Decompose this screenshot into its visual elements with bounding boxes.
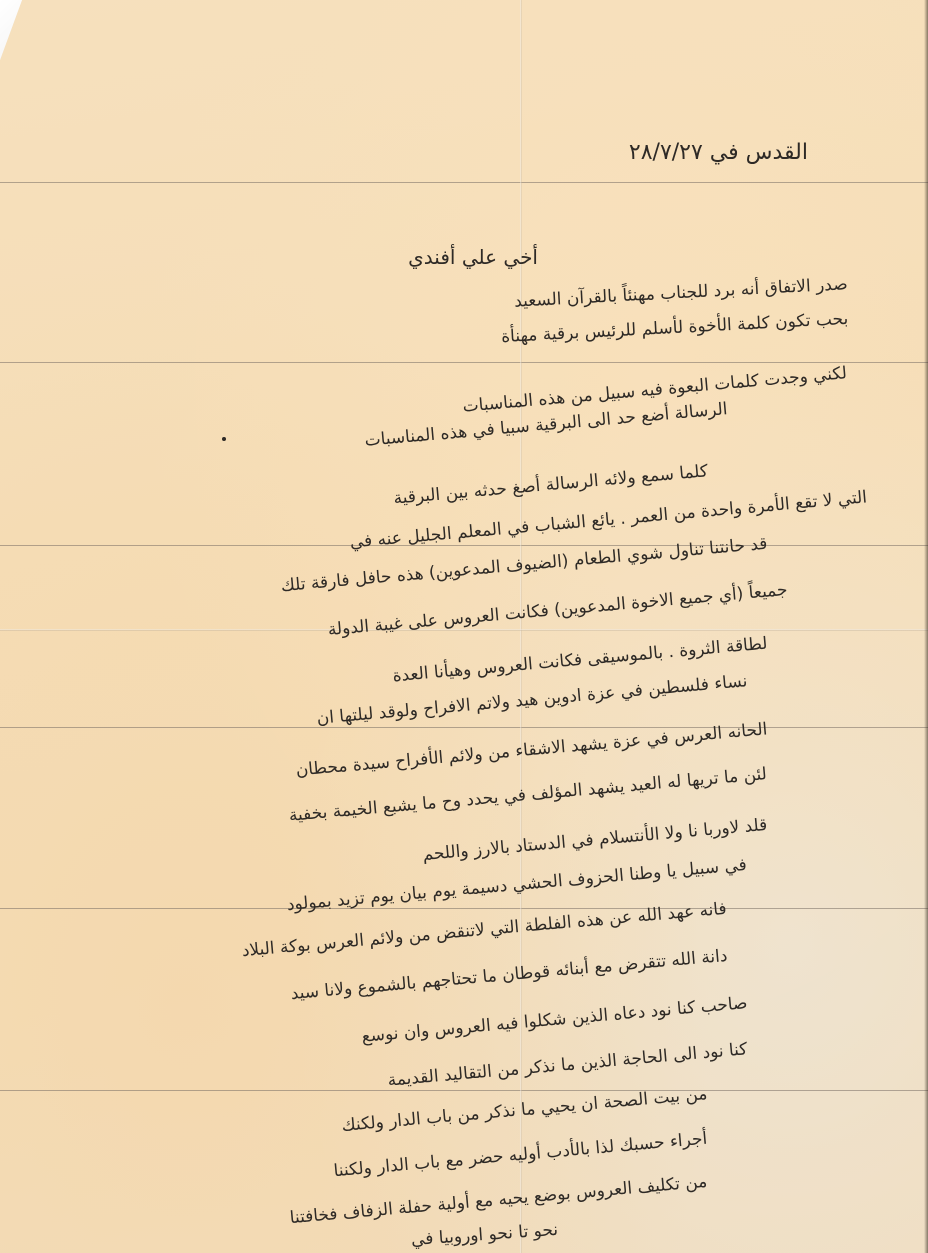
ruled-line [0,1090,928,1091]
ruled-line [0,362,928,363]
ruled-line [0,182,928,183]
ink-dot [222,437,226,441]
fold-crease-horizontal [0,629,928,631]
ruled-line [0,545,928,546]
ruled-line [0,908,928,909]
ruled-line [0,727,928,728]
paper-edge-shadow [924,0,928,1253]
place-date: القدس في ٢٨/٧/٢٧ [629,140,808,165]
salutation: أخي علي أفندي [408,245,538,269]
